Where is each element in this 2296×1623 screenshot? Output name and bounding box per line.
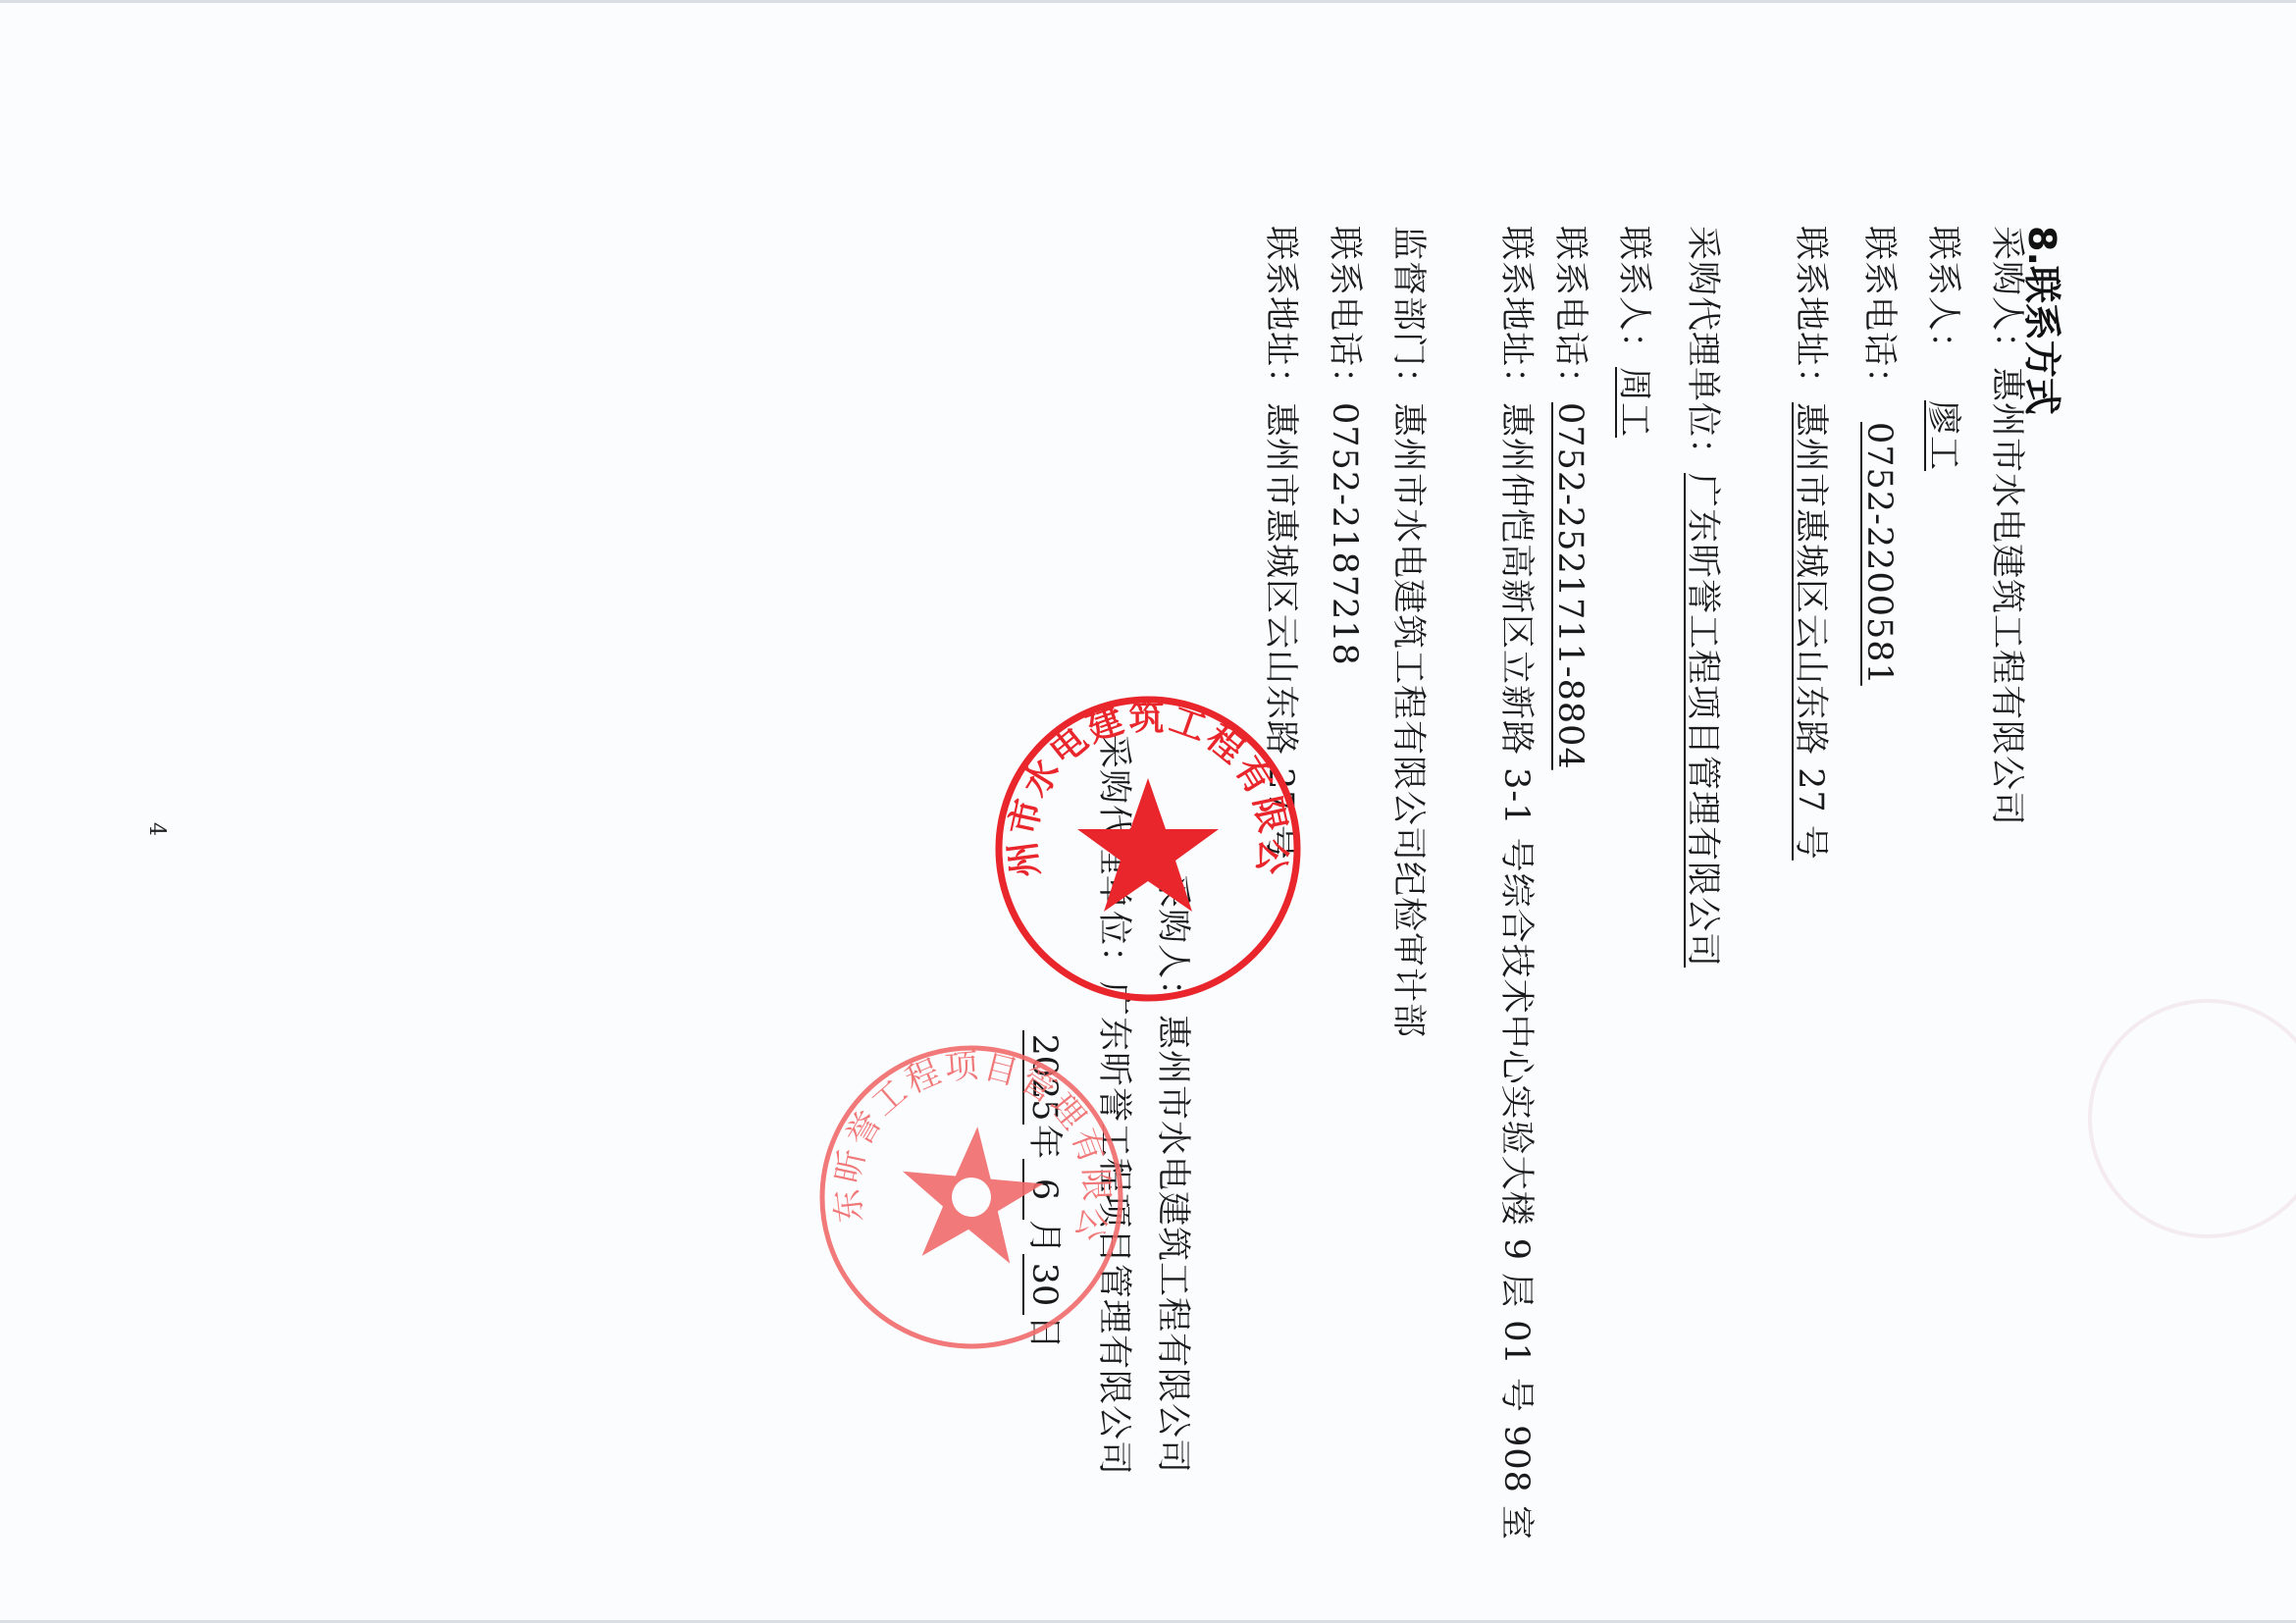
supervision-name: 惠州市水电建筑工程有限公司纪检审计部 <box>1388 402 1428 1038</box>
purchaser-address-label: 联系地址： <box>1791 226 1830 402</box>
signature-agency-name: 广东昕誉工程项目管理有限公司 <box>1094 981 1133 1476</box>
agency-phone: 0752-2521711-8804 <box>1550 402 1590 770</box>
date-day-unit: 日 <box>1024 1315 1064 1349</box>
agency-row: 采购代理单位：广东昕誉工程项目管理有限公司 <box>1681 226 1724 968</box>
svg-text:惠州市水电建筑工程有限公司: 惠州市水电建筑工程有限公司 <box>991 692 1293 879</box>
agency-address: 惠州仲恺高新区立新路 3-1 号综合技术中心实验大楼 9 层 01 号 908 … <box>1496 402 1536 1541</box>
date-month-unit: 月 <box>1024 1220 1064 1254</box>
purchaser-phone-row: 联系电话：0752-2200581 <box>1857 226 1901 686</box>
purchaser-company-seal: 惠州市水电建筑工程有限公司 <box>991 692 1305 1006</box>
signature-date: 2025年6月30日 <box>1022 1030 1071 1349</box>
supervision-label: 监督部门： <box>1388 226 1428 402</box>
signature-agency: 采购代理单位：广东昕誉工程项目管理有限公司 <box>1092 734 1135 1476</box>
supervision-address-row: 联系地址：惠州市惠城区云山东路 27 号 <box>1259 226 1302 861</box>
date-year-unit: 年 <box>1024 1125 1064 1159</box>
purchaser-label: 采购人： <box>1987 226 2026 367</box>
supervision-row: 监督部门：惠州市水电建筑工程有限公司纪检审计部 <box>1386 226 1430 1038</box>
signature-agency-label: 采购代理单位： <box>1094 734 1133 981</box>
svg-text:广东昕誉工程项目管理有限公司: 广东昕誉工程项目管理有限公司 <box>802 1027 1132 1249</box>
document-page: 8.联系方式 采购人：惠州市水电建筑工程有限公司 联系人：廖工 联系电话：075… <box>0 0 2296 1623</box>
date-year: 2025 <box>1022 1030 1064 1125</box>
agency-contact-label: 联系人： <box>1614 226 1653 367</box>
purchaser-address-row: 联系地址：惠州市惠城区云山东路 27 号 <box>1789 226 1832 861</box>
purchaser-contact: 廖工 <box>1923 367 1962 510</box>
supervision-phone: 0752-2187218 <box>1325 402 1364 666</box>
purchaser-phone: 0752-2200581 <box>1859 402 1899 686</box>
agency-contact: 周工 <box>1614 367 1653 467</box>
seal-graphic: 广东昕誉工程项目管理有限公司 <box>802 1027 1142 1368</box>
supervision-phone-row: 联系电话：0752-2187218 <box>1323 226 1366 666</box>
purchaser-contact-row: 联系人：廖工 <box>1921 226 1964 510</box>
agency-name: 广东昕誉工程项目管理有限公司 <box>1683 473 1722 968</box>
purchaser-name: 惠州市水电建筑工程有限公司 <box>1987 367 2026 826</box>
bleed-through-stamp-icon <box>2080 991 2296 1246</box>
purchaser-address: 惠州市惠城区云山东路 27 号 <box>1791 402 1830 861</box>
purchaser-contact-label: 联系人： <box>1923 226 1962 367</box>
agency-address-row: 联系地址：惠州仲恺高新区立新路 3-1 号综合技术中心实验大楼 9 层 01 号… <box>1494 226 1538 1541</box>
seal-graphic: 惠州市水电建筑工程有限公司 <box>991 692 1305 1006</box>
purchaser-phone-label: 联系电话： <box>1859 226 1899 402</box>
agency-company-seal: 广东昕誉工程项目管理有限公司 <box>802 1027 1142 1368</box>
supervision-phone-label: 联系电话： <box>1325 226 1364 402</box>
date-month: 6 <box>1022 1159 1064 1220</box>
purchaser-row: 采购人：惠州市水电建筑工程有限公司 <box>1985 226 2028 826</box>
supervision-address-label: 联系地址： <box>1261 226 1300 402</box>
agency-label: 采购代理单位： <box>1683 226 1722 473</box>
supervision-address: 惠州市惠城区云山东路 27 号 <box>1261 402 1300 861</box>
date-day: 30 <box>1022 1254 1064 1315</box>
agency-phone-row: 联系电话：0752-2521711-8804 <box>1548 226 1592 770</box>
scanned-page: 8.联系方式 采购人：惠州市水电建筑工程有限公司 联系人：廖工 联系电话：075… <box>0 0 2296 1623</box>
agency-phone-label: 联系电话： <box>1550 226 1590 402</box>
page-number: 4 <box>144 822 169 836</box>
agency-address-label: 联系地址： <box>1496 226 1536 402</box>
agency-contact-row: 联系人：周工 <box>1612 226 1655 467</box>
signature-purchaser-name: 惠州市水电建筑工程有限公司 <box>1153 1015 1192 1474</box>
signature-purchaser: 采购人：惠州市水电建筑工程有限公司 <box>1151 873 1194 1474</box>
signature-purchaser-label: 采购人： <box>1153 873 1192 1015</box>
